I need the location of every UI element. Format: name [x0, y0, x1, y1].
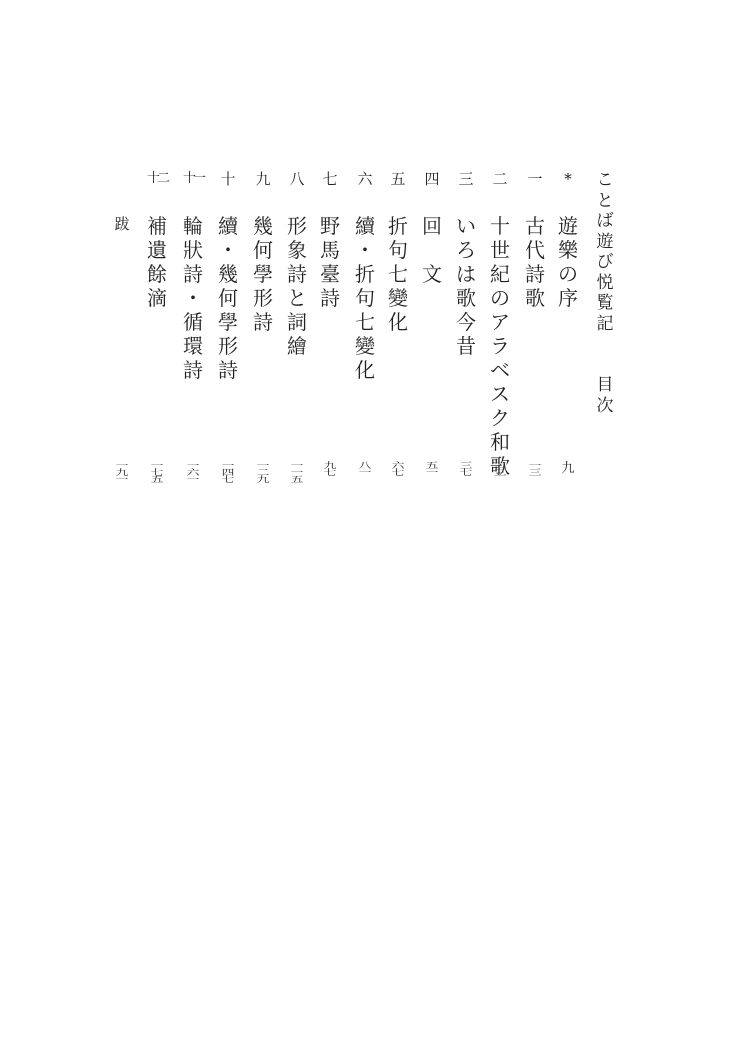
chapter-number: 七: [322, 170, 337, 188]
chapter-number: 九: [255, 170, 270, 188]
page-number: 一一五: [293, 462, 301, 483]
chapter-number: 三: [458, 170, 473, 188]
chapter-number: 八: [289, 170, 304, 188]
chapter-number: *: [564, 170, 572, 188]
chapter-number: 十: [220, 170, 235, 188]
page-number: 六七: [394, 462, 402, 476]
chapter-number: 六: [357, 170, 372, 188]
page-number: 一二九: [259, 462, 267, 483]
chapter-title: 遊樂の序: [558, 214, 578, 310]
chapter-number: 四: [424, 170, 439, 188]
chapter-number: 十一: [183, 170, 203, 188]
page-number: 一九一: [118, 462, 126, 483]
page-number: 一七五: [153, 462, 161, 483]
chapter-title: 續・折句七變化: [355, 214, 375, 382]
page-number: 九七: [326, 462, 334, 476]
chapter-number: 一: [527, 170, 542, 188]
page-number: 五一: [428, 462, 436, 476]
chapter-title: 野馬臺詩: [320, 214, 340, 310]
chapter-title: 幾何學形詩: [253, 214, 273, 334]
page-number: 二三: [496, 462, 504, 476]
toc-page: ことば遊び悦覧記 目次*遊樂の序九一古代詩歌一三二十世紀のアラベスク和歌二三三い…: [0, 0, 750, 1064]
chapter-title: 補遺餘滴: [147, 214, 167, 310]
afterword-title: 跋: [114, 212, 129, 236]
chapter-number: 二: [492, 170, 507, 188]
page-number: 三七: [462, 462, 470, 476]
page-number: 一三: [531, 462, 539, 476]
page-number: 九: [561, 462, 574, 476]
page-number: 八一: [361, 462, 369, 476]
chapter-title: 回 文: [422, 214, 442, 286]
chapter-title: 形象詩と詞繪: [287, 214, 307, 358]
page-number: 一四七: [224, 462, 232, 483]
chapter-title: 輪狀詩・循環詩: [183, 214, 203, 382]
chapter-title: 折句七變化: [388, 214, 408, 334]
chapter-title: 古代詩歌: [525, 214, 545, 310]
chapter-number: 十二: [147, 170, 167, 188]
chapter-title: いろは歌今昔: [456, 214, 476, 358]
page-number: 一六一: [189, 462, 197, 483]
chapter-title: 十世紀のアラベスク和歌: [490, 214, 510, 478]
chapter-title: 續・幾何學形詩: [218, 214, 238, 382]
chapter-number: 五: [390, 170, 405, 188]
